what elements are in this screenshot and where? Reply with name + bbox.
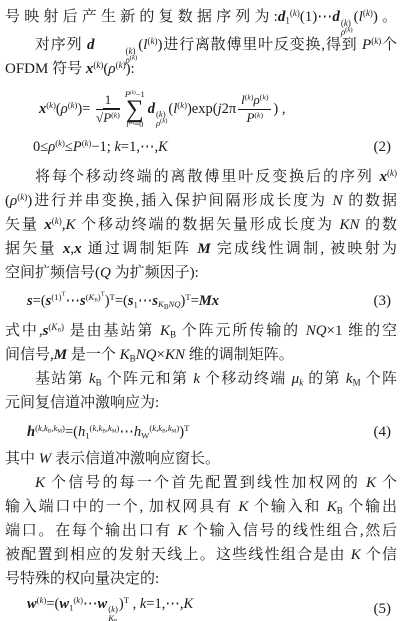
text-line: 据矢量 x,x 通过调制矩阵 M 完成线性调制, 被映射为: [5, 237, 397, 261]
equation-5-formula: w(k)=(w1(k)⋯w(k)KB)T , k=1,⋯,K: [27, 596, 193, 621]
paper-page: 号映射后产生新的复数据序列为:d1(k)(1)⋯d(k)ρ(k)(l(k))。 …: [0, 0, 405, 621]
text-line: 基站第 kB 个阵元和第 k 个移动终端 μk 的第 kM 个阵: [5, 367, 397, 391]
equation-4-number: (4): [374, 424, 392, 441]
text-line: 式中,s(KB) 是由基站第 KB 个阵元所传输的 NQ×1 维的空: [5, 319, 397, 343]
equation-2: x(k)(ρ(k))= 1√P(k)P(k)−1∑l(k)=0d(k)ρ(k)(…: [5, 83, 397, 159]
equation-5-number: (5): [374, 601, 392, 618]
equation-4: h(k,kB,kM)=(h1(k,kB,kM)⋯hW(k,kB,kM))T (4…: [5, 417, 397, 447]
text-line: K 个信号的每一个首先配置到线性加权网的 K 个: [5, 471, 397, 495]
equation-5: w(k)=(w1(k)⋯w(k)KB)T , k=1,⋯,K (5): [5, 596, 397, 621]
text-line: 元间复信道冲激响应为:: [5, 391, 397, 415]
text-line: (ρ(k))进行并串变换,插入保护间隔形成长度为 N 的数据: [5, 189, 397, 213]
equation-3-formula: s=(s(1)T⋯s(KB)T)T=(s1⋯sKBNQ)T=Mx: [27, 293, 219, 310]
equation-2-number: (2): [374, 139, 392, 156]
text-line: OFDM 符号 x(k)(ρ(k)):: [5, 57, 397, 81]
text-line: 对序列 d(k)ρ(k)(l(k))进行离散傅里叶反变换,得到 P(k)个: [5, 33, 397, 57]
text-line: 矢量 x(k),K 个移动终端的数据矢量形成长度为 KN 的数: [5, 213, 397, 237]
equation-3-number: (3): [374, 293, 392, 310]
text-line: 将每个移动终端的离散傅里叶反变换后的序列 x(k): [5, 165, 397, 189]
text-line: 输入端口中的一个, 加权网具有 K 个输入和 KB 个输出: [5, 495, 397, 519]
equation-4-formula: h(k,kB,kM)=(h1(k,kB,kM)⋯hW(k,kB,kM))T: [27, 424, 189, 441]
equation-2-formula: x(k)(ρ(k))= 1√P(k)P(k)−1∑l(k)=0d(k)ρ(k)(…: [5, 83, 397, 135]
text-line: 号映射后产生新的复数据序列为:d1(k)(1)⋯d(k)ρ(k)(l(k))。: [5, 5, 397, 29]
equation-2-condition: 0≤ρ(k)≤P(k)−1; k=1,⋯,K: [33, 139, 168, 156]
text-line: 端口。在每个输出口有 K 个输入信号的线性组合,然后: [5, 519, 397, 543]
equation-3: s=(s(1)T⋯s(KB)T)T=(s1⋯sKBNQ)T=Mx (3): [5, 287, 397, 315]
text-line: 被配置到相应的发射天线上。这些线性组合是由 K 个信: [5, 543, 397, 567]
text-line: 号特殊的权向量决定的:: [5, 567, 397, 591]
text-line: 空间扩频信号(Q 为扩频因子):: [5, 261, 397, 285]
text-line: 其中 W 表示信道冲激响应窗长。: [5, 447, 397, 471]
text-line: 间信号,M 是一个 KBNQ×KN 维的调制矩阵。: [5, 343, 397, 367]
